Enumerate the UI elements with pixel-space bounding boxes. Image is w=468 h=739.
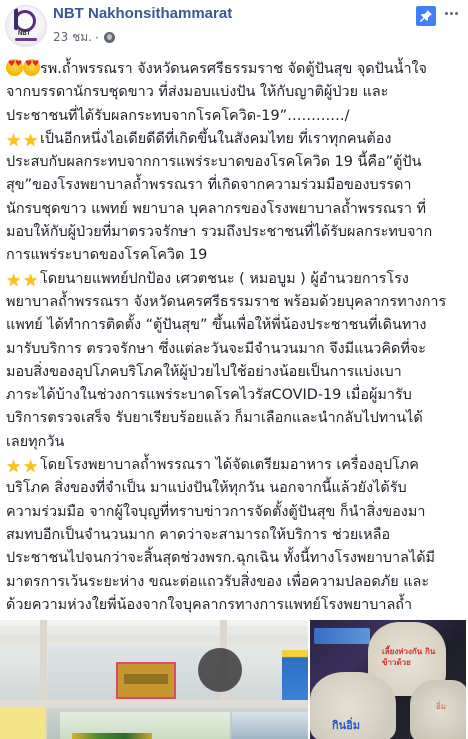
- text-line: มอบให้กับผู้ป่วยที่มาตรวจรักษา รวมถึงประ…: [6, 221, 464, 244]
- photo-sign: [116, 662, 176, 699]
- photo-shelf: [0, 700, 308, 708]
- pin-icon: [419, 9, 433, 23]
- photo-rice-bag: อิ่ม: [410, 680, 466, 739]
- more-dot-icon: [450, 12, 453, 15]
- text-line: จากบรรดานักรบชุดขาว ที่ส่งมอบแบ่งปัน ให้…: [6, 81, 464, 104]
- photo-goods: [72, 733, 152, 739]
- text-line: แพทย์ ได้ทำการติดตั้ง “ตู้ปันสุข” ขึ้นเพ…: [6, 314, 464, 337]
- text-line: ด้วยความห่วงใยพี่น้องจากใจบุคลากรทางการแ…: [6, 594, 464, 617]
- star-emoji-icon: ★: [23, 273, 40, 290]
- globe-icon[interactable]: [104, 32, 115, 43]
- post-body: รพ.ถ้ำพรรณรา จังหวัดนครศรีธรรมราช จัดตู้…: [6, 58, 464, 640]
- photo-pantry-cabinet[interactable]: [0, 620, 308, 739]
- photo-grid: เลี้ยงห่วงกัน กินข้าวด้วย กินอิ่ม อิ่ม: [0, 620, 468, 739]
- post-meta: 23 ชม. ·: [53, 28, 115, 47]
- star-emoji-icon: ★: [6, 273, 23, 290]
- more-options-button[interactable]: [441, 6, 461, 20]
- photo-rice-bags[interactable]: เลี้ยงห่วงกัน กินข้าวด้วย กินอิ่ม อิ่ม: [310, 620, 466, 739]
- text-line: พยาบาลถ้ำพรรณรา จังหวัดนครศรีธรรมราช พร้…: [6, 291, 464, 314]
- text-line: ★★เป็นอีกหนึ่งไอเดียดีดีที่เกิดขึ้นในสัง…: [6, 128, 464, 151]
- text-line: บริการตรวจเสร็จ รับยาเรียบร้อยแล้ว ก็มาเ…: [6, 407, 464, 430]
- text-line: การแพร่ระบาดของโรคโควิด 19: [6, 244, 464, 267]
- bag-label: กินอิ่ม: [332, 716, 360, 734]
- post-timestamp[interactable]: 23 ชม.: [53, 28, 92, 47]
- text-line: ภาระได้บ้างในช่วงการแพร่ระบาดโรคไวรัสCOV…: [6, 384, 464, 407]
- avatar-logo-text: NBT: [18, 31, 30, 37]
- text-line: มาตรการเว้นระยะห่าง ขณะต่อแถวรับสิ่งของ …: [6, 571, 464, 594]
- bag-label: เลี้ยงห่วงกัน กินข้าวด้วย: [382, 646, 446, 668]
- meta-separator: ·: [95, 31, 99, 45]
- photo-yellow-poster: [0, 708, 45, 739]
- photo-channel-logo: [314, 628, 370, 644]
- post-header: NBT NBT Nakhonsithammarat 23 ชม. ·: [0, 0, 468, 52]
- heart-eyes-emoji-icon: [6, 59, 23, 76]
- text-line: รพ.ถ้ำพรรณรา จังหวัดนครศรีธรรมราช จัดตู้…: [6, 58, 464, 81]
- bag-label: อิ่ม: [436, 700, 446, 713]
- photo-rice-bag: กินอิ่ม: [310, 672, 396, 739]
- star-emoji-icon: ★: [6, 459, 23, 476]
- photo-cabinet-door: [232, 712, 308, 739]
- paragraph-idea: ★★เป็นอีกหนึ่งไอเดียดีดีที่เกิดขึ้นในสัง…: [6, 128, 464, 268]
- text-line: ★★โดยโรงพยาบาลถ้ำพรรณรา ได้จัดเตรียมอาหา…: [6, 454, 464, 477]
- text-line: เลยทุกวัน: [6, 431, 464, 454]
- star-emoji-icon: ★: [23, 133, 40, 150]
- page-name-link[interactable]: NBT Nakhonsithammarat: [53, 5, 232, 22]
- text-line: นักรบชุดขาว แพทย์ พยาบาล บุคลากรของโรงพย…: [6, 198, 464, 221]
- paragraph-intro: รพ.ถ้ำพรรณรา จังหวัดนครศรีธรรมราช จัดตู้…: [6, 58, 464, 128]
- heart-eyes-emoji-icon: [23, 59, 40, 76]
- text-line: ประชาชนที่ได้รับผลกระทบจากโรคโควิด-19”………: [6, 105, 464, 128]
- pin-button[interactable]: [416, 6, 436, 26]
- text-line: สมทบอีกเป็นจำนวนมาก คาดว่าจะสามารถให้บริ…: [6, 524, 464, 547]
- text-line: ความร่วมมือ จากผู้ใจบุญที่ทราบข่าวการจัด…: [6, 501, 464, 524]
- text-line: สุข”ของโรงพยาบาลถ้ำพรรณรา ที่เกิดจากความ…: [6, 174, 464, 197]
- photo-dark-object: [198, 648, 242, 692]
- text-line: ประสบกับผลกระทบจากการแพร่ระบาดของโรคโควิ…: [6, 151, 464, 174]
- more-dot-icon: [455, 12, 458, 15]
- text-line: มารับบริการ ตรวจรักษา ซึ่งแต่ละวันจะมีจำ…: [6, 338, 464, 361]
- avatar-logo-stem: [14, 8, 18, 30]
- star-emoji-icon: ★: [23, 459, 40, 476]
- avatar-logo-underline: [15, 38, 37, 41]
- paragraph-director: ★★โดยนายแพทย์ปกป้อง เศวตชนะ ( หมอบูม ) ผ…: [6, 268, 464, 454]
- paragraph-hospital: ★★โดยโรงพยาบาลถ้ำพรรณรา ได้จัดเตรียมอาหา…: [6, 454, 464, 640]
- more-dot-icon: [445, 12, 448, 15]
- text-line: ★★โดยนายแพทย์ปกป้อง เศวตชนะ ( หมอบูม ) ผ…: [6, 268, 464, 291]
- text-line: มอบสิ่งของอุปโภคบริโภคให้ผู้ป่วยไปใช้อย่…: [6, 361, 464, 384]
- star-emoji-icon: ★: [6, 133, 23, 150]
- avatar[interactable]: NBT: [5, 5, 47, 47]
- photo-blue-poster: [282, 650, 308, 705]
- text-line: ประชาชนไปจนกว่าจะสิ้นสุดช่วงพรก.ฉุกเฉิน …: [6, 547, 464, 570]
- text-line: บริโภค สิ่งของที่จำเป็น มาแบ่งปันให้ทุกว…: [6, 477, 464, 500]
